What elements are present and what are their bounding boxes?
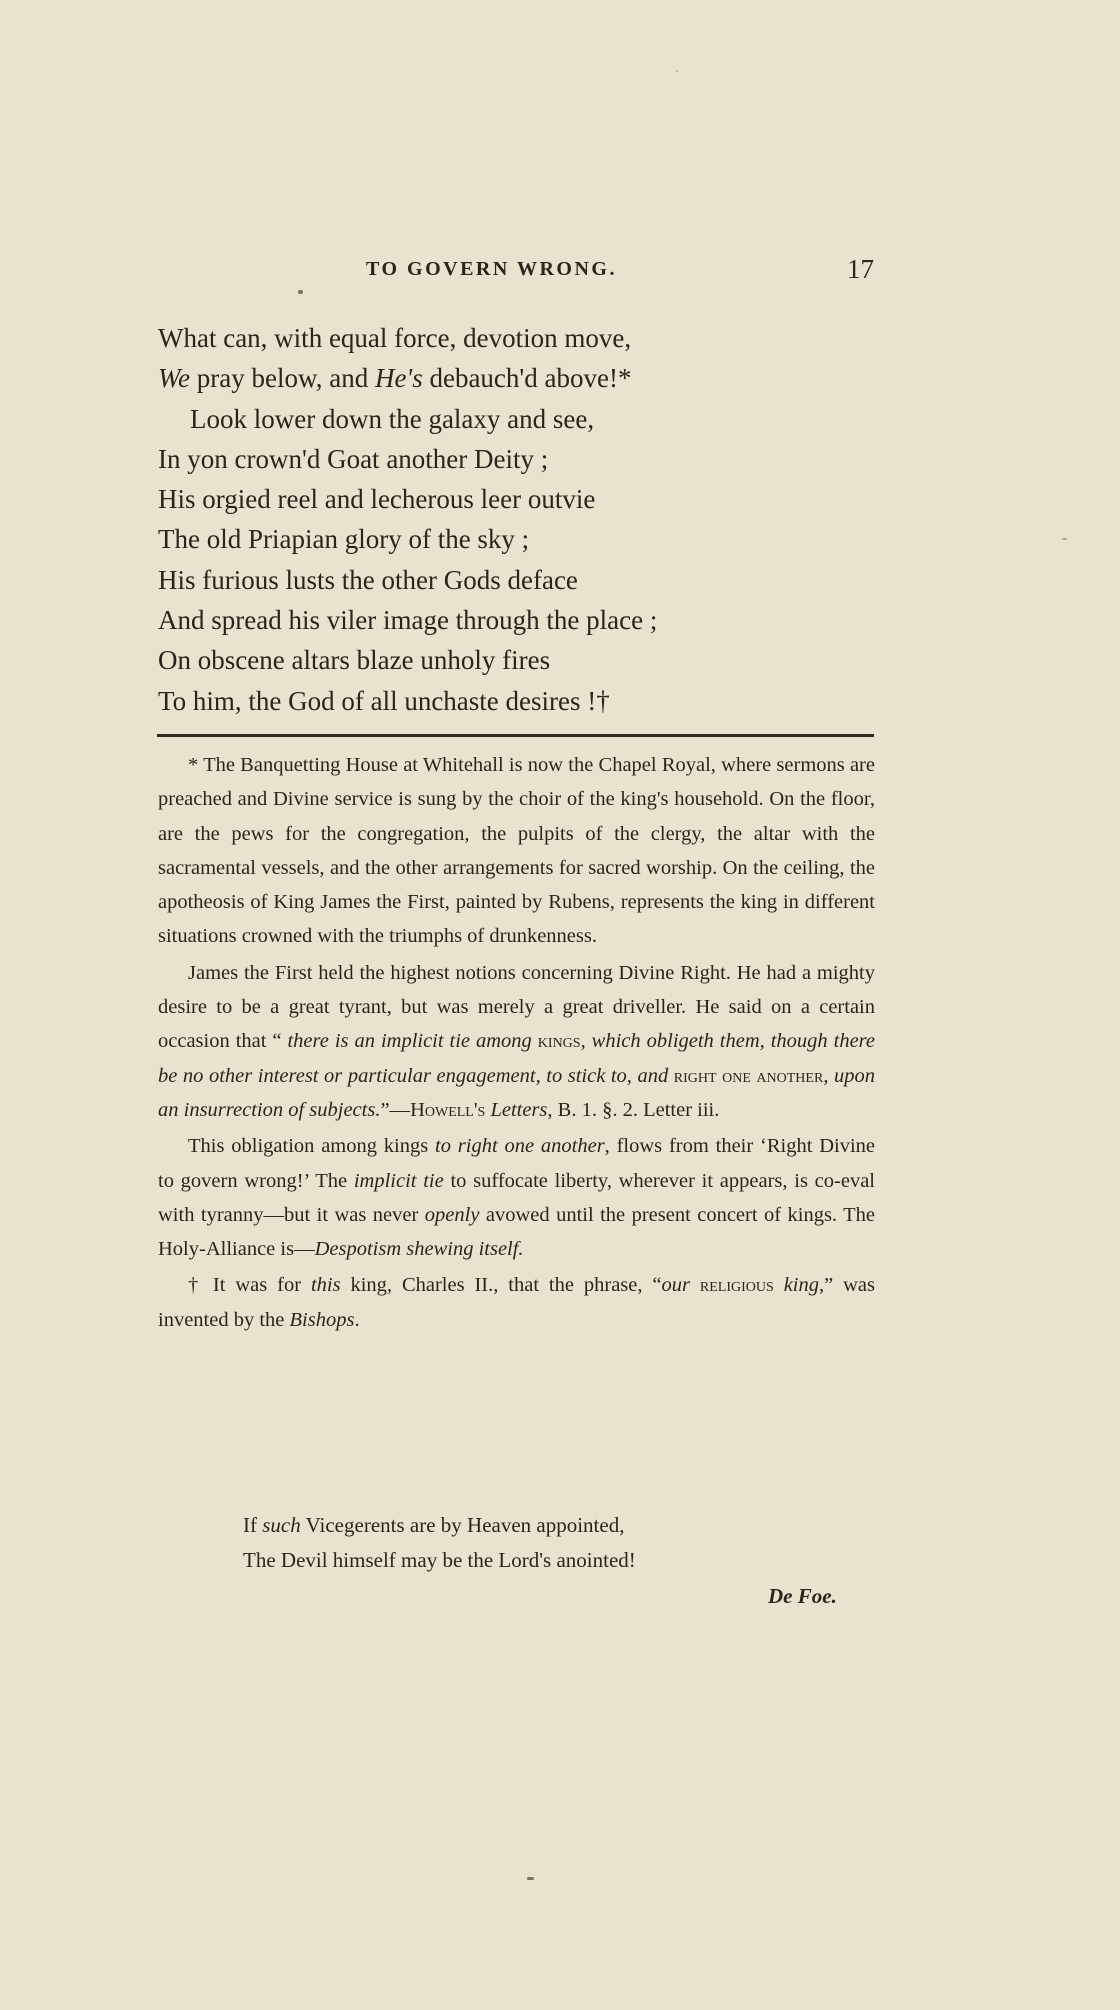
scan-speck bbox=[527, 1877, 534, 1880]
italic-text: to right one another bbox=[435, 1135, 605, 1157]
text: † It was for bbox=[188, 1274, 311, 1296]
verse-line: And spread his viler image through the p… bbox=[158, 600, 878, 640]
verse-text: debauch'd above!* bbox=[423, 363, 632, 393]
footnotes: * The Banquetting House at Whitehall is … bbox=[158, 748, 875, 1339]
scan-speck bbox=[298, 290, 303, 294]
italic-text: Bishops bbox=[290, 1309, 355, 1331]
verse-text: pray below, and bbox=[190, 363, 375, 393]
text bbox=[774, 1274, 784, 1296]
text: ”— bbox=[380, 1099, 410, 1121]
italic-text: such bbox=[262, 1513, 301, 1537]
italic-quote: there is an implicit tie among bbox=[287, 1030, 537, 1052]
verse-line: In yon crown'd Goat another Deity ; bbox=[158, 439, 878, 479]
italic-hes: He's bbox=[375, 363, 423, 393]
verse-block: What can, with equal force, devotion mov… bbox=[158, 318, 878, 721]
verse-line: We pray below, and He's debauch'd above!… bbox=[158, 358, 878, 398]
verse-line: On obscene altars blaze unholy fires bbox=[158, 640, 878, 680]
verse-line: Look lower down the galaxy and see, bbox=[158, 399, 878, 439]
running-title: TO GOVERN WRONG. bbox=[366, 258, 617, 281]
italic-text: our bbox=[662, 1274, 700, 1296]
couplet-line: The Devil himself may be the Lord's anoi… bbox=[243, 1543, 636, 1578]
italic-text: Despotism shewing itself. bbox=[315, 1238, 524, 1260]
citation: , B. 1. §. 2. Letter iii. bbox=[547, 1099, 719, 1121]
text: . bbox=[354, 1309, 359, 1331]
text: Vicegerents are by Heaven appointed, bbox=[301, 1513, 625, 1537]
page-number: 17 bbox=[847, 254, 874, 285]
scan-speck bbox=[1062, 538, 1067, 540]
italic-text: implicit tie bbox=[354, 1170, 444, 1192]
book-title: Letters bbox=[490, 1099, 547, 1121]
italic-text: king bbox=[784, 1274, 819, 1296]
page-header: TO GOVERN WRONG. 17 bbox=[158, 258, 878, 288]
italic-we: We bbox=[158, 363, 190, 393]
text: If bbox=[243, 1513, 262, 1537]
small-caps: right one another bbox=[674, 1065, 824, 1087]
verse-line: His orgied reel and lecherous leer outvi… bbox=[158, 479, 878, 519]
verse-line: To him, the God of all unchaste desires … bbox=[158, 681, 878, 721]
verse-line: The old Priapian glory of the sky ; bbox=[158, 519, 878, 559]
book-page: TO GOVERN WRONG. 17 What can, with equal… bbox=[0, 0, 1120, 2010]
footnote-paragraph-james: James the First held the highest notions… bbox=[158, 956, 875, 1127]
scan-speck bbox=[676, 70, 678, 72]
author-name: Howell's bbox=[410, 1099, 485, 1121]
quoted-couplet: If such Vicegerents are by Heaven appoin… bbox=[243, 1508, 636, 1578]
verse-line: His furious lusts the other Gods deface bbox=[158, 560, 878, 600]
small-caps: kings bbox=[538, 1030, 581, 1052]
small-caps: religious bbox=[700, 1274, 774, 1296]
verse-line: What can, with equal force, devotion mov… bbox=[158, 318, 878, 358]
footnote-paragraph-obligation: This obligation among kings to right one… bbox=[158, 1129, 875, 1266]
footnote-divider bbox=[157, 734, 874, 737]
italic-text: this bbox=[311, 1274, 341, 1296]
footnote-dagger: † It was for this king, Charles II., tha… bbox=[158, 1268, 875, 1337]
text: This obligation among kings bbox=[188, 1135, 435, 1157]
italic-text: openly bbox=[425, 1204, 480, 1226]
footnote-asterisk: * The Banquetting House at Whitehall is … bbox=[158, 748, 875, 954]
text: king, Charles II., that the phrase, “ bbox=[341, 1274, 662, 1296]
couplet-line: If such Vicegerents are by Heaven appoin… bbox=[243, 1508, 636, 1543]
attribution: De Foe. bbox=[768, 1584, 837, 1609]
